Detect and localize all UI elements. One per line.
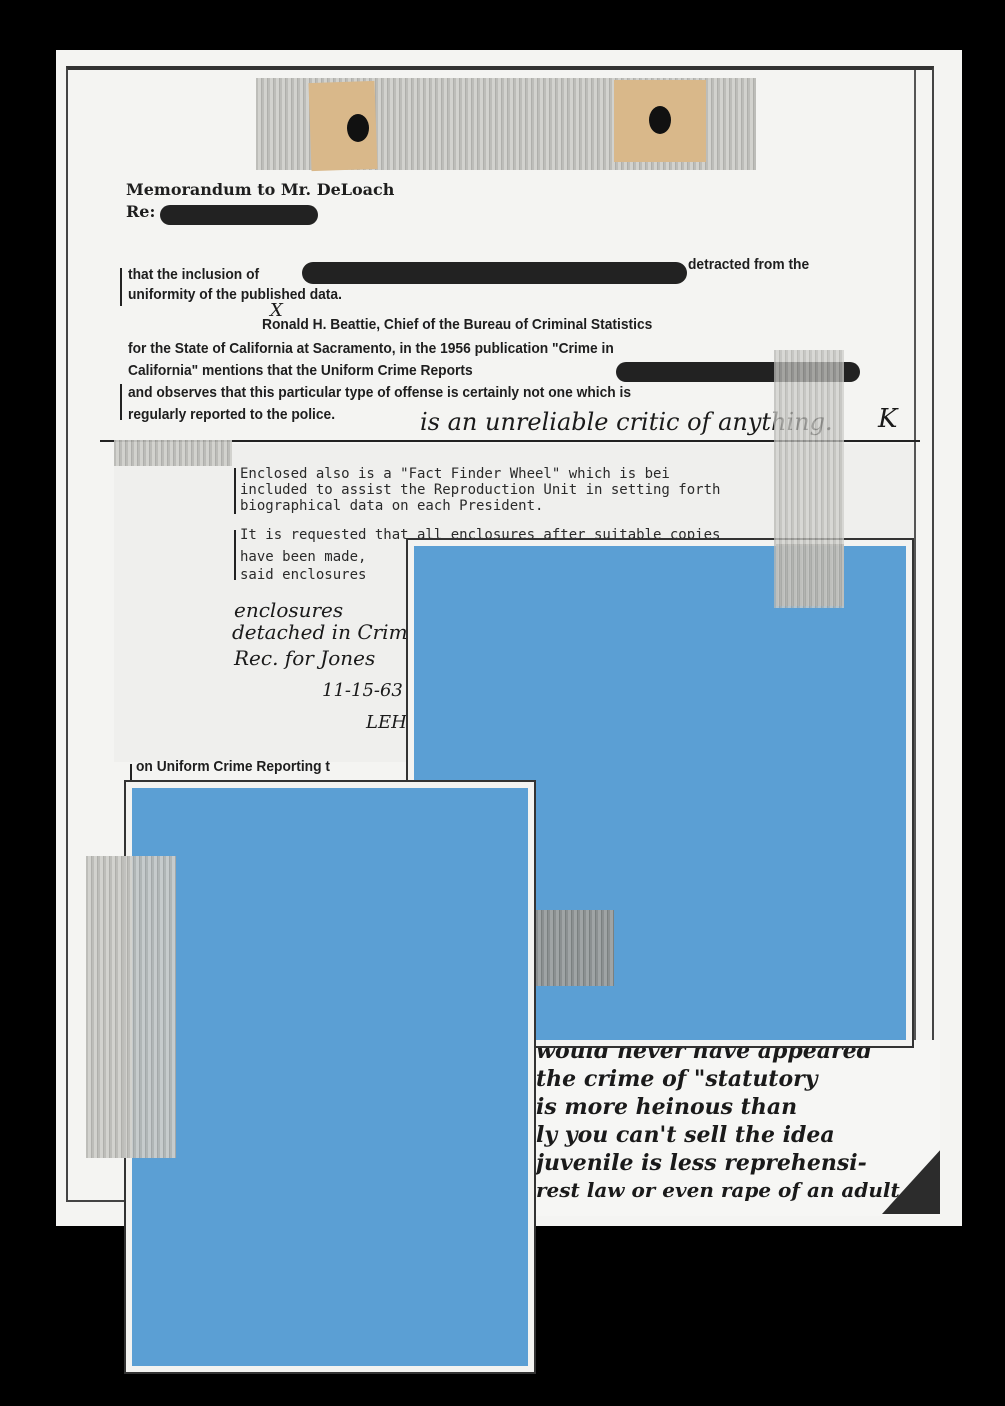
handwritten-annotation: is an unreliable critic of anything. xyxy=(420,408,833,436)
para2-line4: and observes that this particular type o… xyxy=(128,384,631,401)
page-border-inner xyxy=(914,70,916,1190)
margin-bar xyxy=(234,468,236,514)
inset-top-tape xyxy=(114,440,232,466)
insert-hand1: enclosures xyxy=(234,598,343,622)
para1-line1-start: that the inclusion of xyxy=(128,266,259,283)
re-label: Re: xyxy=(126,202,155,221)
blue-card-lower xyxy=(126,782,534,1372)
para2-line2: for the State of California at Sacrament… xyxy=(128,340,614,357)
para1-line1-end: detracted from the xyxy=(688,256,809,273)
hand-line: the crime of "statutory xyxy=(536,1066,818,1092)
hand-line: rest law or even rape of an adult xyxy=(536,1178,900,1202)
margin-bar xyxy=(120,268,122,306)
para2-line1: Ronald H. Beattie, Chief of the Bureau o… xyxy=(262,316,652,333)
para2-line3: California" mentions that the Uniform Cr… xyxy=(128,362,473,379)
insert-hand2: detached in Crim xyxy=(232,620,408,644)
redaction-re xyxy=(160,205,318,225)
para2-line5: regularly reported to the police. xyxy=(128,406,335,423)
bottom-line: on Uniform Crime Reporting t xyxy=(136,758,330,775)
margin-bar xyxy=(234,530,236,580)
insert-line3: biographical data on each President. xyxy=(240,498,543,514)
punch-hole-left xyxy=(347,114,369,142)
insert-hand3: Rec. for Jones xyxy=(234,646,375,670)
hand-line: ly you can't sell the idea xyxy=(536,1122,835,1148)
margin-bar xyxy=(130,764,132,784)
insert-line5: have been made, xyxy=(240,549,366,565)
tape-middle xyxy=(530,910,614,986)
tape-right-vertical xyxy=(774,350,844,608)
handwritten-letter-panel: would never have appeared the crime of "… xyxy=(530,1040,940,1216)
punch-hole-right xyxy=(649,106,671,134)
insert-hand5: LEH xyxy=(366,712,407,733)
tape-left-vertical xyxy=(86,856,176,1158)
para1-line2: uniformity of the published data. xyxy=(128,286,342,303)
insert-hand4: 11-15-63 xyxy=(322,680,403,701)
redaction-para1 xyxy=(302,262,687,284)
memo-header: Memorandum to Mr. DeLoach xyxy=(126,180,394,199)
hand-line: juvenile is less reprehensi- xyxy=(536,1150,867,1176)
margin-bar xyxy=(120,384,122,420)
mark-k: K xyxy=(878,404,897,434)
folded-corner xyxy=(882,1148,940,1214)
hand-line: is more heinous than xyxy=(536,1094,797,1120)
insert-line6: said enclosures xyxy=(240,567,366,583)
insert-line2: included to assist the Reproduction Unit… xyxy=(240,482,720,498)
insert-line1: Enclosed also is a "Fact Finder Wheel" w… xyxy=(240,466,670,482)
